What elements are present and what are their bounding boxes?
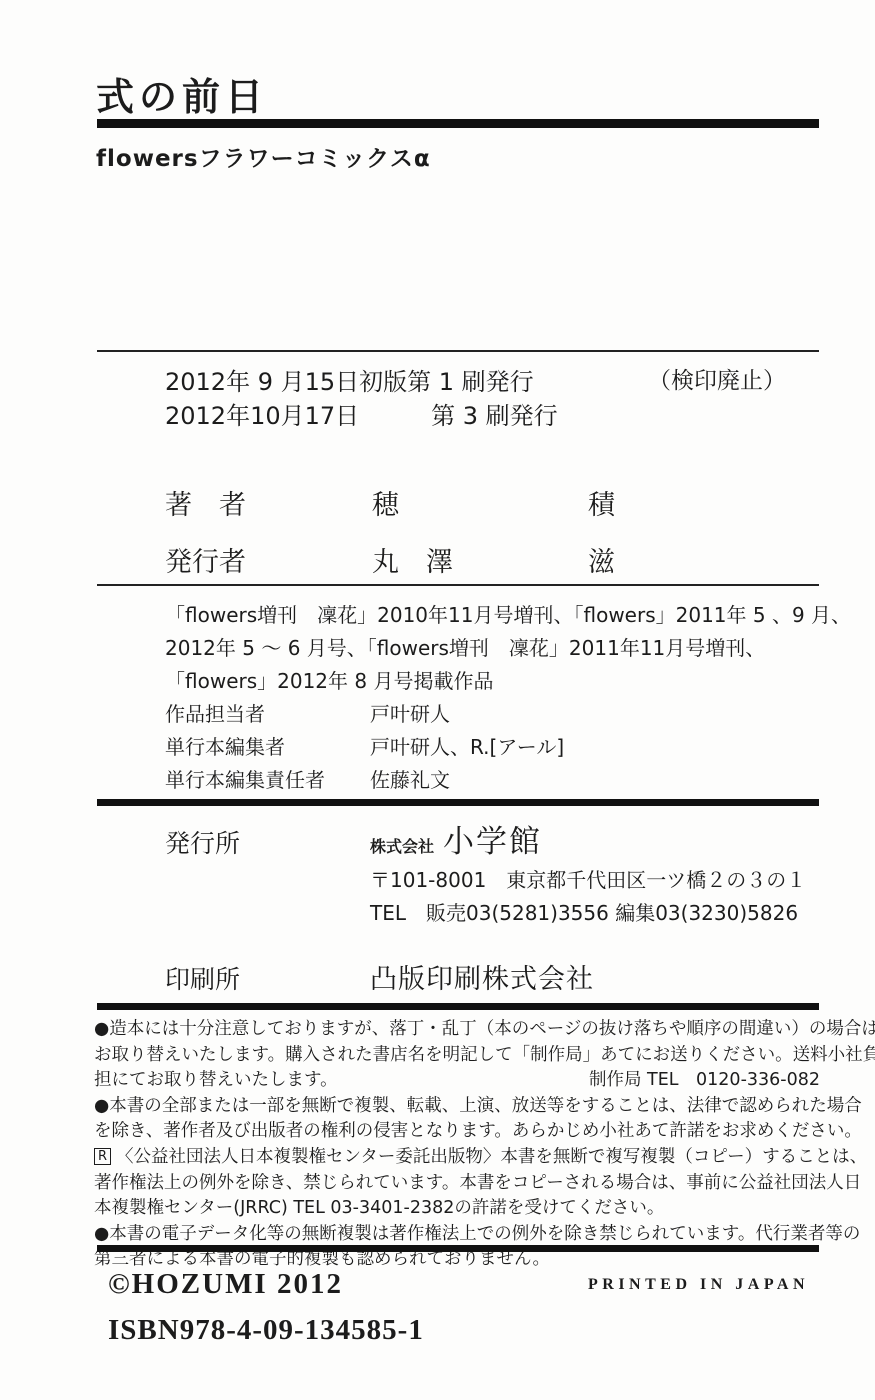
first-printing-line: 2012年 9 月15日初版第 1 刷発行 — [165, 362, 534, 397]
staff-role-label: 作品担当者 — [165, 698, 265, 727]
publisher-person-name: 丸 澤 滋 — [372, 540, 615, 579]
staff-name: 戸叶研人、R.[アール] — [370, 731, 564, 760]
isbn-number: ISBN978-4-09-134585-1 — [108, 1314, 424, 1347]
printer-label: 印刷所 — [165, 960, 240, 996]
colophon-page: 式の前日 flowersフラワーコミックスα 2012年 9 月15日初版第 1… — [0, 0, 875, 1400]
legal-line: ●本書の電子データ化等の無断複製は著作権法上での例外を除き禁じられています。代行… — [94, 1222, 820, 1248]
edition-top-rule — [97, 350, 819, 352]
staff-name: 佐藤礼文 — [370, 764, 450, 793]
author-label: 著 者 — [165, 483, 246, 522]
publisher-label: 発行所 — [165, 824, 240, 860]
printer-name: 凸版印刷株式会社 — [370, 957, 594, 996]
credits-bottom-rule — [97, 584, 819, 586]
author-name: 穂 積 — [372, 483, 615, 522]
legal-line: R〈公益社団法人日本複製権センター委託出版物〉本書を無断で複写複製（コピー）する… — [94, 1145, 820, 1171]
legal-notices: ●造本には十分注意しておりますが、落丁・乱丁（本のページの抜け落ちや順序の間違い… — [94, 1017, 820, 1273]
legal-line-left: 担にてお取り替えいたします。 — [94, 1068, 338, 1094]
legal-bottom-rule — [97, 1245, 819, 1252]
legal-line: 著作権法上の例外を除き、禁じられています。本書をコピーされる場合は、事前に公益社… — [94, 1171, 820, 1197]
production-bureau-phone: 制作局 TEL 0120-336-082 — [589, 1068, 820, 1094]
legal-line: 担にてお取り替えいたします。 制作局 TEL 0120-336-082 — [94, 1068, 820, 1094]
publication-history-line: 「flowers」2012年 8 月号掲載作品 — [165, 665, 493, 694]
copyright-line: ©HOZUMI 2012 — [108, 1268, 343, 1301]
legal-line: 本複製権センター(JRRC) TEL 03-3401-2382の許諾を受けてくだ… — [94, 1196, 820, 1222]
publisher-top-rule — [97, 799, 819, 806]
publisher-phone: TEL 販売03(5281)3556 編集03(3230)5826 — [370, 897, 798, 926]
staff-role-label: 単行本編集者 — [165, 731, 285, 760]
legal-top-rule — [97, 1003, 819, 1010]
registered-mark-icon: R — [94, 1148, 111, 1165]
series-label: flowersフラワーコミックスα — [96, 140, 431, 173]
legal-line: お取り替えいたします。購入された書店名を明記して「制作局」あてにお送りください。… — [94, 1043, 820, 1069]
book-title: 式の前日 — [96, 66, 268, 121]
legal-line-text: 〈公益社団法人日本複製権センター委託出版物〉本書を無断で複写複製（コピー）するこ… — [116, 1147, 867, 1167]
staff-role-label: 単行本編集責任者 — [165, 764, 325, 793]
third-printing-line: 2012年10月17日 第 3 刷発行 — [165, 396, 558, 431]
publication-history-line: 2012年 5 〜 6 月号、「flowers増刊 凜花」2011年11月号増刊… — [165, 632, 765, 661]
legal-line: を除き、著作者及び出版者の権利の侵害となります。あらかじめ小社あて許諾をお求めく… — [94, 1119, 820, 1145]
inspection-abolished-note: （検印廃止） — [648, 362, 786, 395]
company-prefix: 株式会社 — [370, 834, 434, 857]
publisher-address: 〒101-8001 東京都千代田区一ツ橋２の３の１ — [370, 864, 806, 893]
legal-line: ●造本には十分注意しておりますが、落丁・乱丁（本のページの抜け落ちや順序の間違い… — [94, 1017, 820, 1043]
publisher-company: 株式会社 小学館 — [370, 816, 542, 861]
printed-in-japan-label: PRINTED IN JAPAN — [588, 1276, 809, 1294]
title-divider-rule — [97, 119, 819, 128]
publication-history-line: 「flowers増刊 凜花」2010年11月号増刊、「flowers」2011年… — [165, 599, 851, 628]
company-name: 小学館 — [443, 816, 542, 861]
publisher-person-label: 発行者 — [165, 540, 246, 579]
staff-name: 戸叶研人 — [370, 698, 450, 727]
legal-line: ●本書の全部または一部を無断で複製、転載、上演、放送等をすることは、法律で認めら… — [94, 1094, 820, 1120]
